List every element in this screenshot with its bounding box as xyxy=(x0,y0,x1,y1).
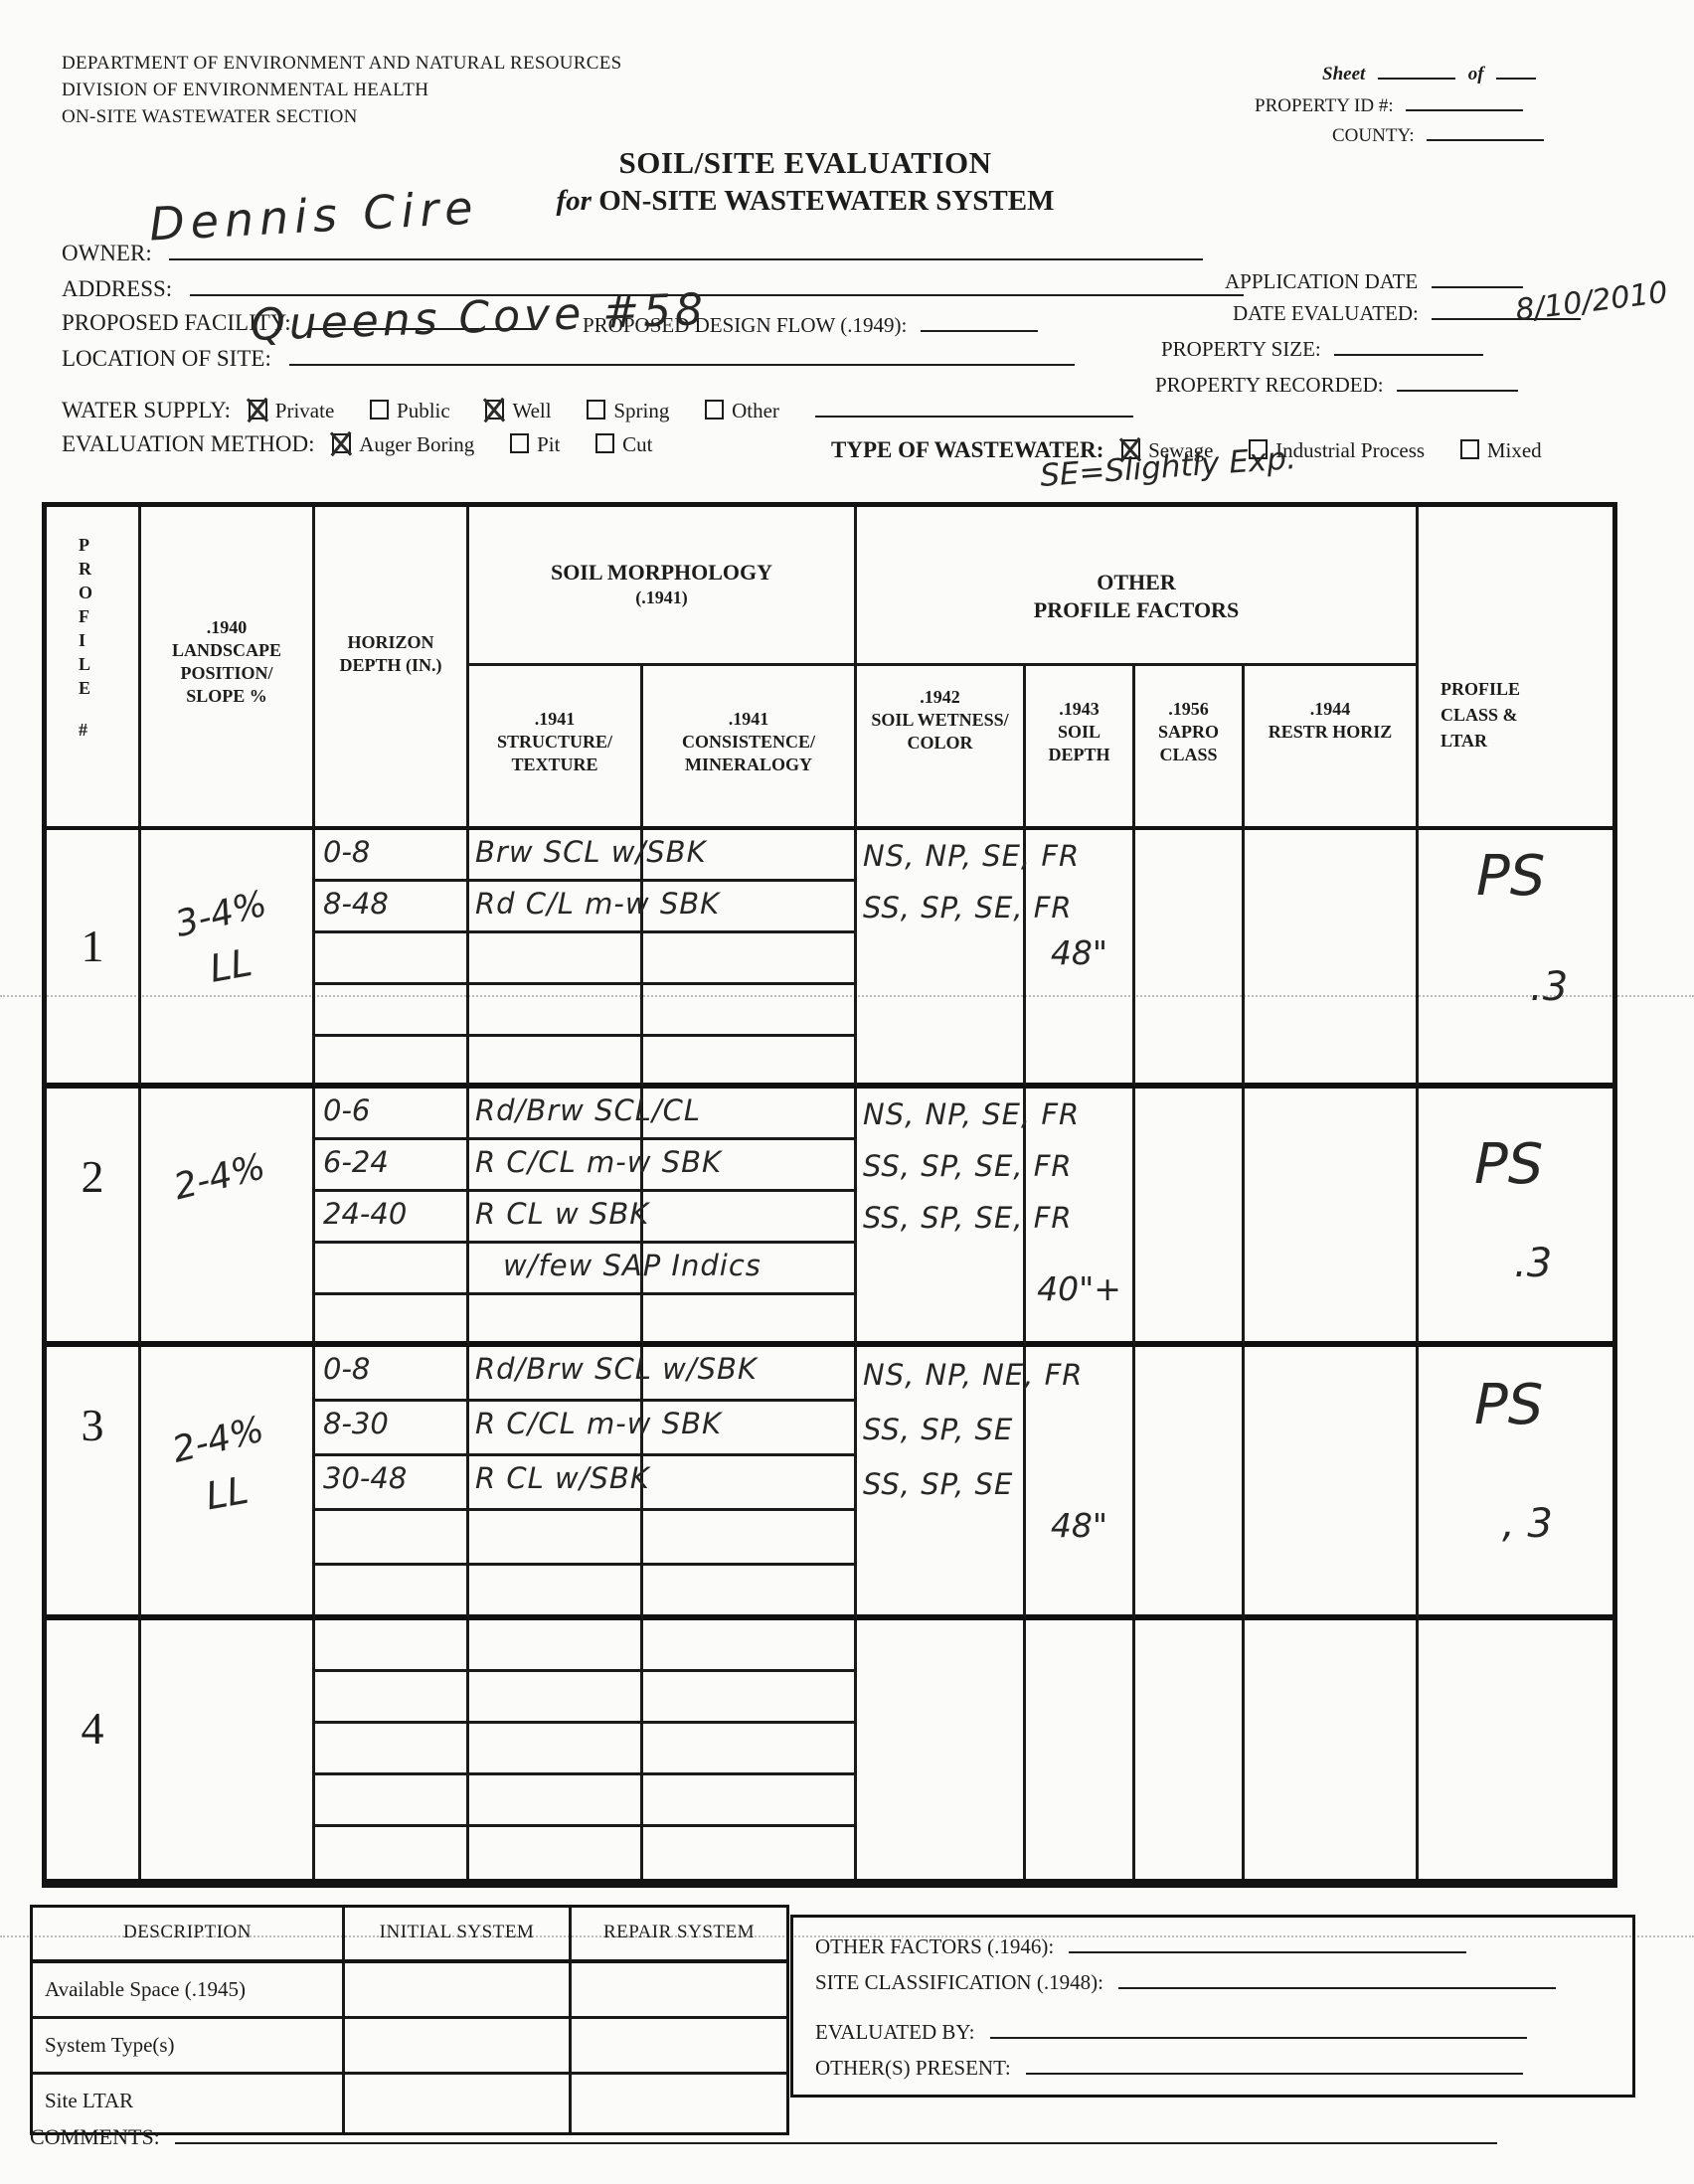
grid-cell xyxy=(345,1963,572,2019)
option-private: Private xyxy=(249,399,334,422)
address-label: ADDRESS: xyxy=(62,276,172,301)
option-other: Other xyxy=(705,399,779,422)
profile-2-depth-row-1: 0-6 xyxy=(315,1089,469,1140)
soil-depth-header: .1943 SOIL DEPTH xyxy=(1026,666,1135,830)
profile-2-depth-row-2: 6-24 xyxy=(315,1140,469,1192)
property-recorded-row: PROPERTY RECORDED: xyxy=(1155,370,1518,398)
grid-cell xyxy=(572,1963,786,2019)
grid-cell xyxy=(315,1295,469,1347)
comments-row: COMMENTS: xyxy=(30,2121,1497,2150)
grid-cell xyxy=(315,1827,469,1879)
grid-cell xyxy=(315,985,469,1037)
option-label: Industrial Process xyxy=(1275,438,1425,462)
grid-cell xyxy=(643,1775,857,1827)
option-spring: Spring xyxy=(587,399,669,422)
form-title-line1: SOIL/SITE EVALUATION xyxy=(427,145,1183,181)
profile-2-morphology-row-3: R CL w SBK xyxy=(469,1192,643,1244)
consistence-mineralogy-header: .1941 CONSISTENCE/ MINERALOGY xyxy=(643,666,857,830)
evaluated-by-label: EVALUATED BY: xyxy=(815,2020,974,2044)
grid-cell xyxy=(643,1827,857,1879)
property-id-row: PROPERTY ID #: xyxy=(1255,91,1523,117)
profile-1-landscape-cell: 3-4% LL xyxy=(141,830,315,1089)
option-cut: Cut xyxy=(595,432,652,456)
structure-texture-header: .1941 STRUCTURE/ TEXTURE xyxy=(469,666,643,830)
county-row: COUNTY: xyxy=(1332,121,1544,147)
profile-1-morphology-row-2: Rd C/L m-w SBK xyxy=(469,882,643,933)
profile-2-depth-row-3: 24-40 xyxy=(315,1192,469,1244)
blank-line xyxy=(1496,60,1536,80)
profile-2-restr-cell xyxy=(1245,1089,1419,1347)
grid-cell xyxy=(469,1295,643,1347)
soil-wetness-header: .1942 SOIL WETNESS/ COLOR xyxy=(857,666,1026,830)
checkbox-icon xyxy=(1460,439,1479,459)
profile-1-number-cell: 1 xyxy=(47,830,141,1089)
profile-1-wetness-cell: NS, NP, SE, FR SS, SP, SE, FR xyxy=(857,830,1026,1089)
horizon-depth-column-header: HORIZON DEPTH (IN.) xyxy=(315,507,469,830)
landscape-column-header: .1940 LANDSCAPE POSITION/ SLOPE % xyxy=(141,507,315,830)
checkbox-icon xyxy=(705,400,724,420)
profile-1-depth-row-1: 0-8 xyxy=(315,830,469,882)
blank-line xyxy=(1397,370,1518,392)
option-auger-boring: Auger Boring xyxy=(332,432,474,456)
profile-2-wetness-cell: NS, NP, SE, FR SS, SP, SE, FR SS, SP, SE… xyxy=(857,1089,1026,1347)
grid-cell xyxy=(643,1724,857,1775)
others-present-label: OTHER(S) PRESENT: xyxy=(815,2056,1011,2080)
comments-blank-line xyxy=(175,2121,1497,2144)
checkbox-icon xyxy=(370,400,389,420)
repair-system-header-cell: REPAIR SYSTEM xyxy=(572,1908,786,1963)
agency-header: DEPARTMENT OF ENVIRONMENT AND NATURAL RE… xyxy=(62,50,622,130)
description-header-cell: DESCRIPTION xyxy=(33,1908,345,1963)
application-date-label: APPLICATION DATE xyxy=(1225,269,1418,293)
profile-number-column-header: P R O F I L E # xyxy=(47,507,141,830)
profile-3-morphology-row-2: R C/CL m-w SBK xyxy=(469,1402,643,1456)
title-rest: ON-SITE WASTEWATER SYSTEM xyxy=(598,185,1054,217)
other-profile-factors-header: OTHER PROFILE FACTORS xyxy=(857,507,1419,666)
blank-line xyxy=(815,394,1133,418)
profile-4-wetness-cell xyxy=(857,1620,1026,1879)
checkbox-icon xyxy=(510,433,529,453)
location-label: LOCATION OF SITE: xyxy=(62,346,271,371)
grid-cell xyxy=(643,1511,857,1566)
profile-2-sapro-cell xyxy=(1135,1089,1245,1347)
blank-line xyxy=(1378,60,1455,80)
blank-line xyxy=(1118,1967,1556,1989)
option-label: Well xyxy=(512,399,551,422)
grid-cell xyxy=(469,1511,643,1566)
blank-line xyxy=(990,2017,1527,2039)
grid-cell xyxy=(345,2019,572,2075)
site-classification-row: SITE CLASSIFICATION (.1948): xyxy=(815,1967,1632,1995)
system-description-table: DESCRIPTION INITIAL SYSTEM REPAIR SYSTEM… xyxy=(30,1905,789,2135)
comments-label: COMMENTS: xyxy=(30,2124,160,2149)
application-date-row: APPLICATION DATE xyxy=(1225,266,1523,294)
grid-cell xyxy=(643,1192,857,1244)
water-supply-label: WATER SUPPLY: xyxy=(62,398,231,422)
profile-3-morphology-row-3: R CL w/SBK xyxy=(469,1456,643,1511)
checkbox-icon xyxy=(485,400,504,420)
property-recorded-label: PROPERTY RECORDED: xyxy=(1155,373,1384,397)
title-for-word: for xyxy=(557,185,592,217)
grid-cell xyxy=(469,1827,643,1879)
grid-cell xyxy=(643,933,857,985)
profile-3-wetness-cell: NS, NP, NE, FR SS, SP, SE SS, SP, SE xyxy=(857,1347,1026,1620)
profile-4-sapro-cell xyxy=(1135,1620,1245,1879)
other-factors-row: OTHER FACTORS (.1946): xyxy=(815,1932,1632,1959)
option-pit: Pit xyxy=(510,432,560,456)
profile-1-depth-row-2: 8-48 xyxy=(315,882,469,933)
profile-3-number-cell: 3 xyxy=(47,1347,141,1620)
checkbox-icon xyxy=(249,400,267,420)
agency-line: ON-SITE WASTEWATER SECTION xyxy=(62,103,622,130)
available-space-label-cell: Available Space (.1945) xyxy=(33,1963,345,2019)
blank-line xyxy=(1069,1932,1466,1953)
grid-cell xyxy=(572,2019,786,2075)
grid-cell xyxy=(643,1456,857,1511)
profile-3-depth-row-1: 0-8 xyxy=(315,1347,469,1402)
grid-cell xyxy=(643,1037,857,1089)
profile-3-sapro-cell xyxy=(1135,1347,1245,1620)
grid-cell xyxy=(469,1566,643,1620)
profile-1-restr-cell xyxy=(1245,830,1419,1089)
profile-3-class-cell: PS , 3 xyxy=(1419,1347,1612,1620)
profile-2-morphology-row-2: R C/CL m-w SBK xyxy=(469,1140,643,1192)
profile-2-number-cell: 2 xyxy=(47,1089,141,1347)
initial-system-header-cell: INITIAL SYSTEM xyxy=(345,1908,572,1963)
profile-4-soil-depth-cell xyxy=(1026,1620,1135,1879)
blank-line xyxy=(1334,334,1483,356)
grid-cell xyxy=(315,1511,469,1566)
option-label: Cut xyxy=(622,432,652,456)
profile-3-restr-cell xyxy=(1245,1347,1419,1620)
restr-horiz-header: .1944 RESTR HORIZ xyxy=(1245,666,1419,830)
profile-3-morphology-row-1: Rd/Brw SCL w/SBK xyxy=(469,1347,643,1402)
grid-cell xyxy=(469,933,643,985)
option-label: Pit xyxy=(537,432,560,456)
profile-2-class-cell: PS .3 xyxy=(1419,1089,1612,1347)
grid-cell xyxy=(469,1724,643,1775)
profile-class-column-header: PROFILE CLASS & LTAR xyxy=(1419,507,1612,830)
sheet-of-label: of xyxy=(1468,64,1484,84)
sheet-label: Sheet xyxy=(1322,64,1365,84)
sheet-row: Sheet of xyxy=(1322,60,1536,85)
soil-morphology-header: SOIL MORPHOLOGY (.1941) xyxy=(469,507,857,666)
checkbox-icon xyxy=(595,433,614,453)
option-label: Other xyxy=(732,399,779,422)
blank-line xyxy=(1427,121,1544,141)
profile-3-depth-row-3: 30-48 xyxy=(315,1456,469,1511)
profile-2-morphology-row-1: Rd/Brw SCL/CL xyxy=(469,1089,643,1140)
option-public: Public xyxy=(370,399,450,422)
soil-profile-table: P R O F I L E # .1940 LANDSCAPE POSITION… xyxy=(42,502,1617,1888)
profile-4-number-cell: 4 xyxy=(47,1620,141,1879)
option-well: Well xyxy=(485,399,551,422)
date-evaluated-label: DATE EVALUATED: xyxy=(1233,301,1419,325)
profile-1-sapro-cell xyxy=(1135,830,1245,1089)
evaluation-method-label: EVALUATION METHOD: xyxy=(62,431,314,456)
grid-cell xyxy=(643,1672,857,1724)
profile-4-restr-cell xyxy=(1245,1620,1419,1879)
property-size-row: PROPERTY SIZE: xyxy=(1161,334,1483,362)
grid-cell xyxy=(643,1566,857,1620)
property-id-label: PROPERTY ID #: xyxy=(1255,95,1394,116)
option-mixed: Mixed xyxy=(1460,438,1542,462)
option-label: Mixed xyxy=(1487,438,1542,462)
grid-cell xyxy=(315,1775,469,1827)
blank-line xyxy=(921,310,1038,332)
profile-1-morphology-row-1: Brw SCL w/SBK xyxy=(469,830,643,882)
system-types-label-cell: System Type(s) xyxy=(33,2019,345,2075)
grid-cell xyxy=(643,1295,857,1347)
agency-line: DEPARTMENT OF ENVIRONMENT AND NATURAL RE… xyxy=(62,50,622,77)
grid-cell xyxy=(469,1037,643,1089)
location-blank-line xyxy=(289,342,1075,366)
location-row: LOCATION OF SITE: xyxy=(62,342,1075,372)
property-size-label: PROPERTY SIZE: xyxy=(1161,337,1321,361)
checkbox-icon xyxy=(332,433,351,453)
grid-cell xyxy=(315,1244,469,1295)
grid-cell xyxy=(469,1775,643,1827)
grid-cell xyxy=(315,1672,469,1724)
blank-line xyxy=(1432,266,1523,288)
option-label: Spring xyxy=(613,399,669,422)
blank-line xyxy=(1406,91,1523,111)
profile-1-class-cell: PS .3 xyxy=(1419,830,1612,1089)
checkbox-icon xyxy=(587,400,605,420)
grid-cell xyxy=(315,1724,469,1775)
grid-cell xyxy=(643,1620,857,1672)
grid-cell xyxy=(315,1566,469,1620)
site-classification-label: SITE CLASSIFICATION (.1948): xyxy=(815,1970,1103,1994)
profile-4-landscape-cell xyxy=(141,1620,315,1879)
address-blank-line xyxy=(190,272,1244,296)
option-label: Public xyxy=(397,399,450,422)
profile-2-landscape-cell: 2-4% xyxy=(141,1089,315,1347)
date-evaluated-handwritten-value: 8/10/2010 xyxy=(1513,275,1669,328)
site-factors-box: OTHER FACTORS (.1946): SITE CLASSIFICATI… xyxy=(790,1915,1635,2098)
county-label: COUNTY: xyxy=(1332,125,1415,146)
grid-cell xyxy=(469,985,643,1037)
profile-2-morphology-row-4: w/few SAP Indics xyxy=(469,1244,643,1295)
other-factors-label: OTHER FACTORS (.1946): xyxy=(815,1934,1054,1958)
grid-cell xyxy=(469,1672,643,1724)
grid-cell xyxy=(643,985,857,1037)
owner-label: OWNER: xyxy=(62,241,152,265)
profile-3-landscape-cell: 2-4% LL xyxy=(141,1347,315,1620)
blank-line xyxy=(1026,2053,1523,2075)
grid-cell xyxy=(315,933,469,985)
grid-cell xyxy=(469,1620,643,1672)
evaluation-method-row: EVALUATION METHOD: Auger Boring Pit Cut xyxy=(62,431,683,457)
grid-cell xyxy=(315,1037,469,1089)
grid-cell xyxy=(315,1620,469,1672)
option-label: Auger Boring xyxy=(359,432,474,456)
sapro-class-header: .1956 SAPRO CLASS xyxy=(1135,666,1245,830)
option-label: Private xyxy=(275,399,334,422)
agency-line: DIVISION OF ENVIRONMENTAL HEALTH xyxy=(62,77,622,103)
evaluated-by-row: EVALUATED BY: xyxy=(815,2017,1632,2045)
profile-4-class-cell xyxy=(1419,1620,1612,1879)
form-title-line2: for ON-SITE WASTEWATER SYSTEM xyxy=(427,185,1183,218)
water-supply-row: WATER SUPPLY: Private Public Well Spring… xyxy=(62,394,1133,423)
others-present-row: OTHER(S) PRESENT: xyxy=(815,2053,1632,2081)
profile-3-depth-row-2: 8-30 xyxy=(315,1402,469,1456)
